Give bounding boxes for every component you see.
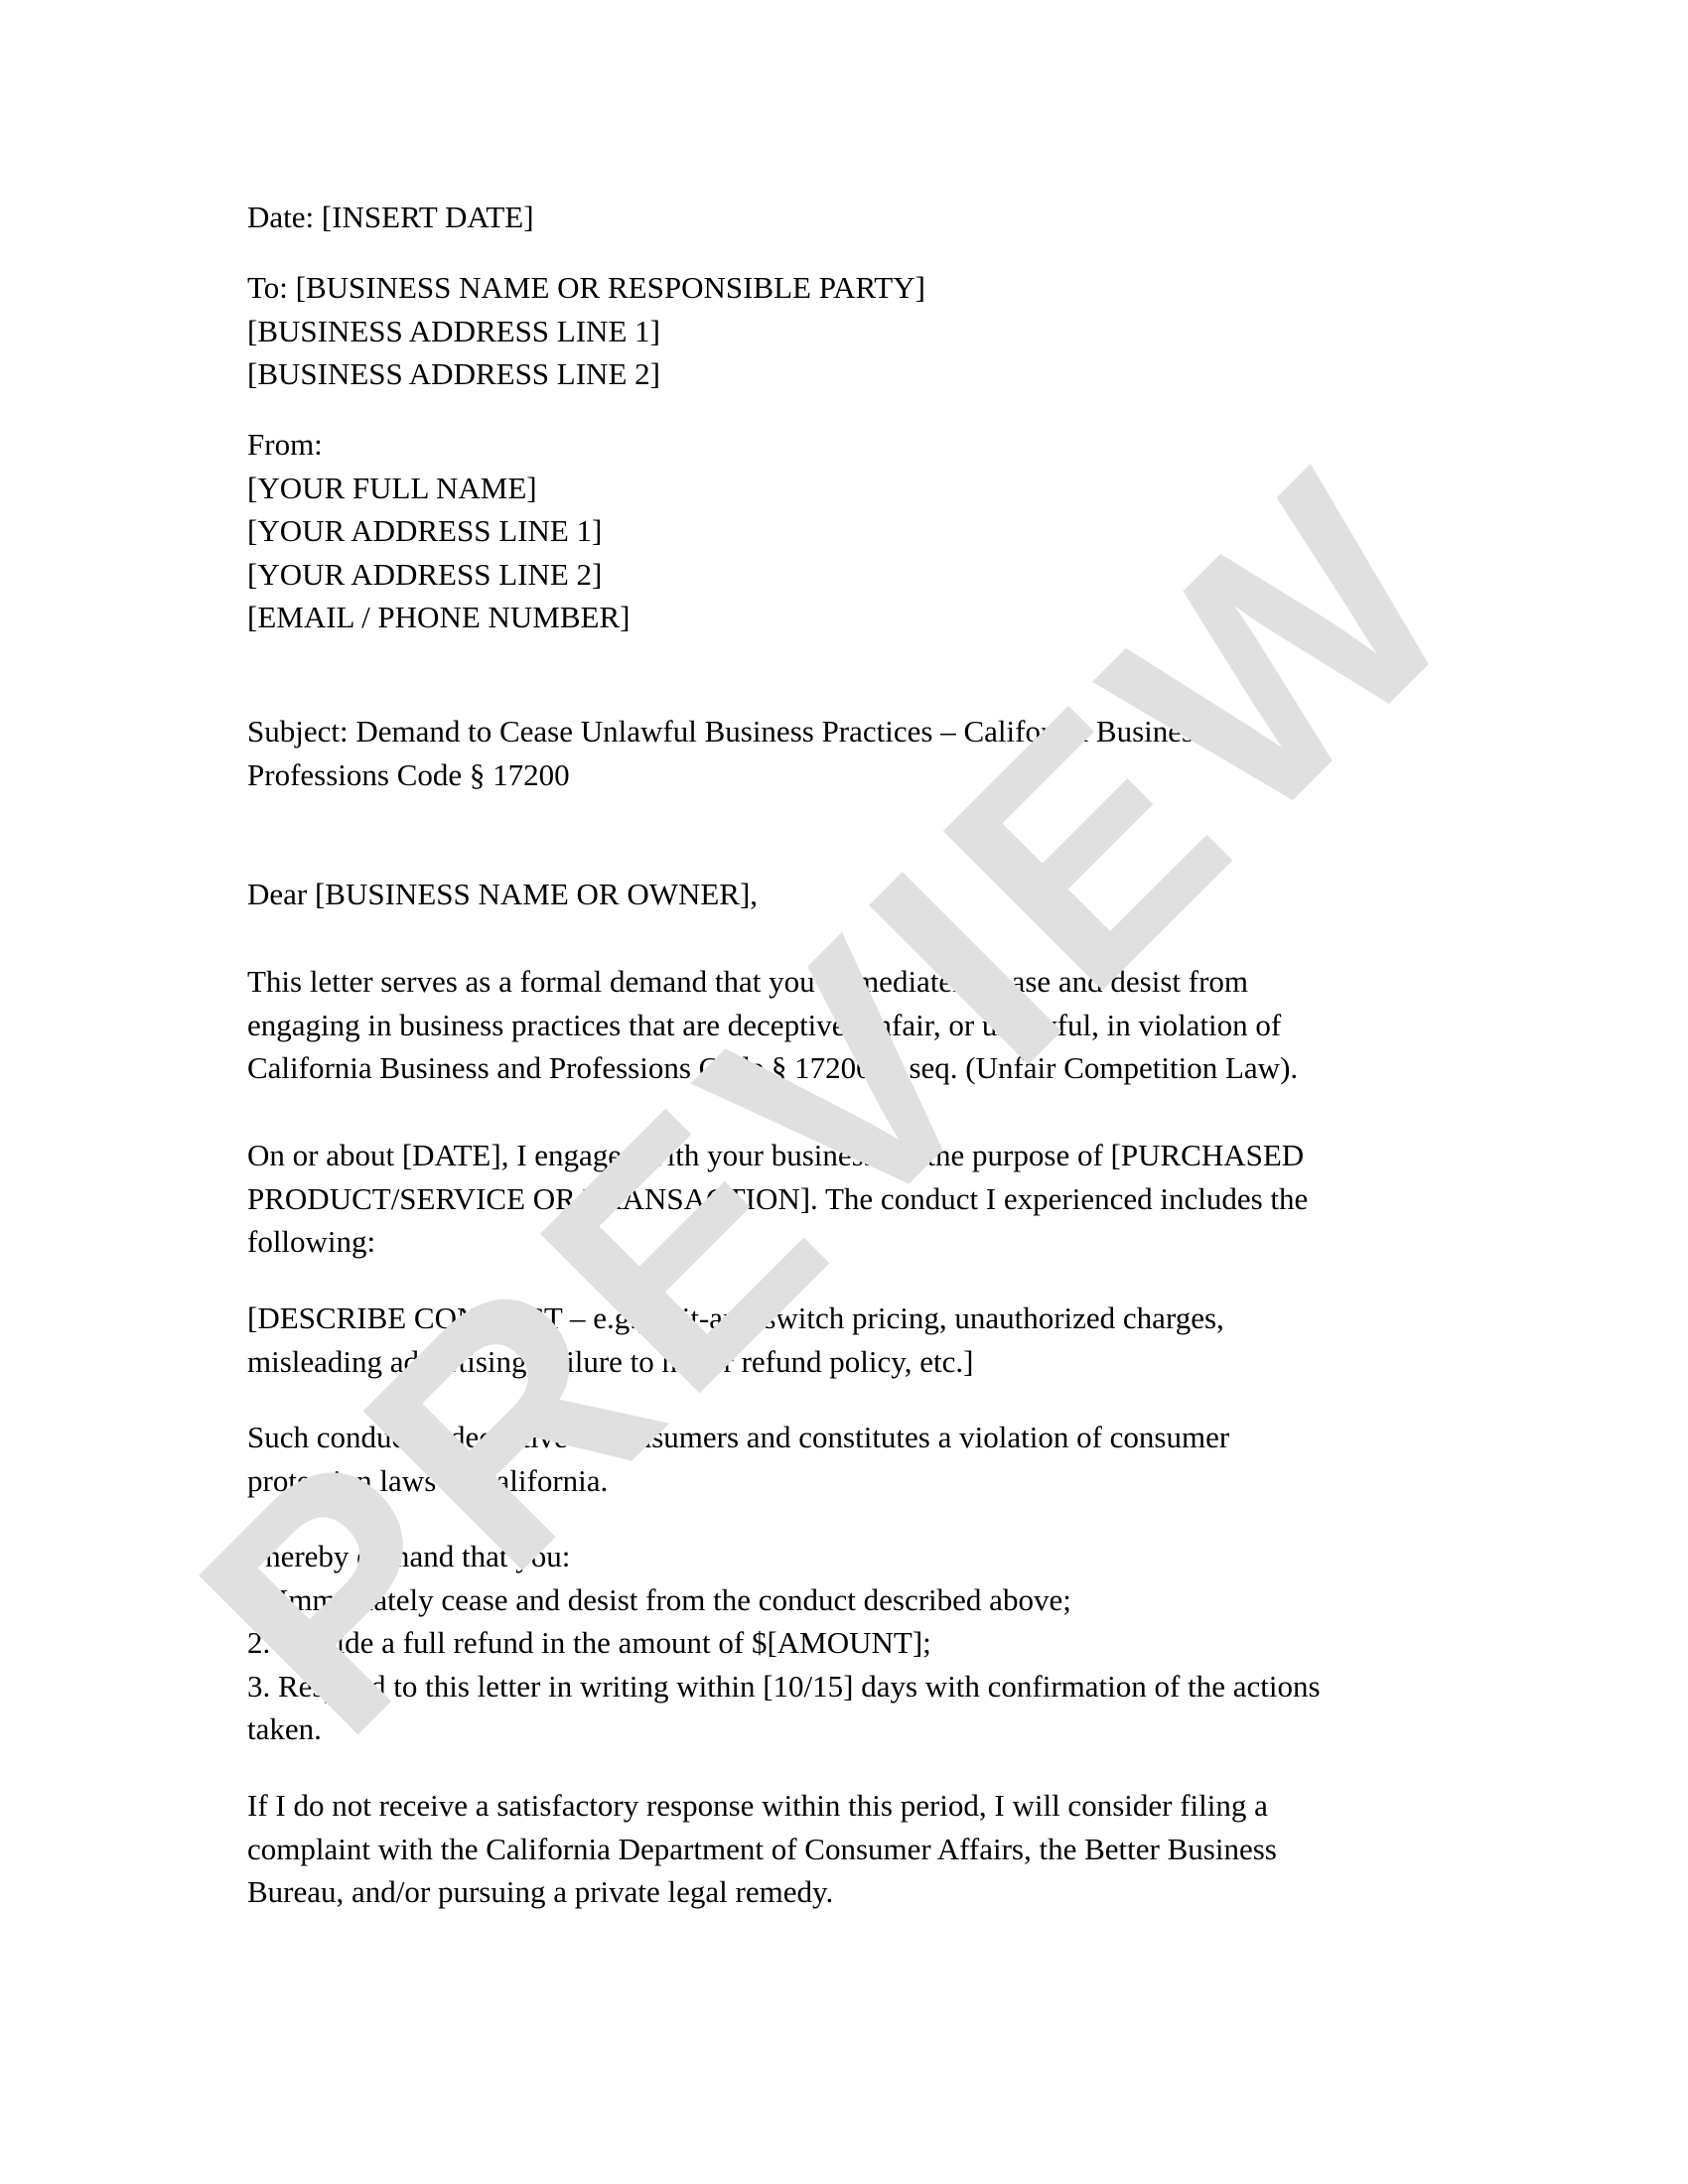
subject-line-2: Professions Code § 17200: [247, 753, 1237, 797]
date-text: Date: [INSERT DATE]: [247, 196, 534, 239]
sender-address-line-2: [YOUR ADDRESS LINE 2]: [247, 553, 630, 597]
paragraph-line: On or about [DATE], I engaged with your …: [247, 1134, 1308, 1177]
paragraph-line: engaging in business practices that are …: [247, 1004, 1298, 1047]
sender-name: [YOUR FULL NAME]: [247, 467, 630, 510]
recipient-address-line-1: [BUSINESS ADDRESS LINE 1]: [247, 310, 925, 353]
paragraph-demand-intro: This letter serves as a formal demand th…: [247, 960, 1298, 1090]
sender-address-line-1: [YOUR ADDRESS LINE 1]: [247, 509, 630, 553]
demands-list: I hereby demand that you: 1. Immediately…: [247, 1535, 1321, 1751]
demands-intro: I hereby demand that you:: [247, 1535, 1321, 1578]
subject-line-1: Subject: Demand to Cease Unlawful Busine…: [247, 710, 1237, 753]
paragraph-line: following:: [247, 1220, 1308, 1264]
recipient-block: To: [BUSINESS NAME OR RESPONSIBLE PARTY]…: [247, 266, 925, 396]
paragraph-line: PRODUCT/SERVICE OR TRANSACTION]. The con…: [247, 1177, 1308, 1221]
paragraph-line: Such conduct is deceptive to consumers a…: [247, 1416, 1229, 1459]
paragraph-consequences: If I do not receive a satisfactory respo…: [247, 1784, 1277, 1914]
subject-line: Subject: Demand to Cease Unlawful Busine…: [247, 710, 1237, 796]
sender-label: From:: [247, 423, 630, 467]
paragraph-line: This letter serves as a formal demand th…: [247, 960, 1298, 1004]
date-line: Date: [INSERT DATE]: [247, 196, 534, 239]
paragraph-line: California Business and Professions Code…: [247, 1046, 1298, 1090]
paragraph-line: complaint with the California Department…: [247, 1828, 1277, 1871]
recipient-address-line-2: [BUSINESS ADDRESS LINE 2]: [247, 352, 925, 396]
paragraph-line: Bureau, and/or pursuing a private legal …: [247, 1870, 1277, 1914]
sender-block: From: [YOUR FULL NAME] [YOUR ADDRESS LIN…: [247, 423, 630, 639]
salutation: Dear [BUSINESS NAME OR OWNER],: [247, 873, 758, 916]
paragraph-line: protection laws in California.: [247, 1459, 1229, 1503]
demand-item-1: 1. Immediately cease and desist from the…: [247, 1578, 1321, 1622]
recipient-name: To: [BUSINESS NAME OR RESPONSIBLE PARTY]: [247, 266, 925, 310]
paragraph-violation: Such conduct is deceptive to consumers a…: [247, 1416, 1229, 1502]
paragraph-line: If I do not receive a satisfactory respo…: [247, 1784, 1277, 1828]
paragraph-line: [DESCRIBE CONDUCT – e.g., bait-and-switc…: [247, 1297, 1224, 1340]
paragraph-incident: On or about [DATE], I engaged with your …: [247, 1134, 1308, 1264]
paragraph-conduct-description: [DESCRIBE CONDUCT – e.g., bait-and-switc…: [247, 1297, 1224, 1383]
demand-item-2: 2. Provide a full refund in the amount o…: [247, 1621, 1321, 1665]
demand-item-3-continued: taken.: [247, 1707, 1321, 1751]
sender-contact: [EMAIL / PHONE NUMBER]: [247, 596, 630, 639]
document-page: Date: [INSERT DATE] To: [BUSINESS NAME O…: [0, 0, 1688, 2184]
salutation-text: Dear [BUSINESS NAME OR OWNER],: [247, 873, 758, 916]
demand-item-3: 3. Respond to this letter in writing wit…: [247, 1665, 1321, 1708]
paragraph-line: misleading advertising, failure to honor…: [247, 1340, 1224, 1384]
